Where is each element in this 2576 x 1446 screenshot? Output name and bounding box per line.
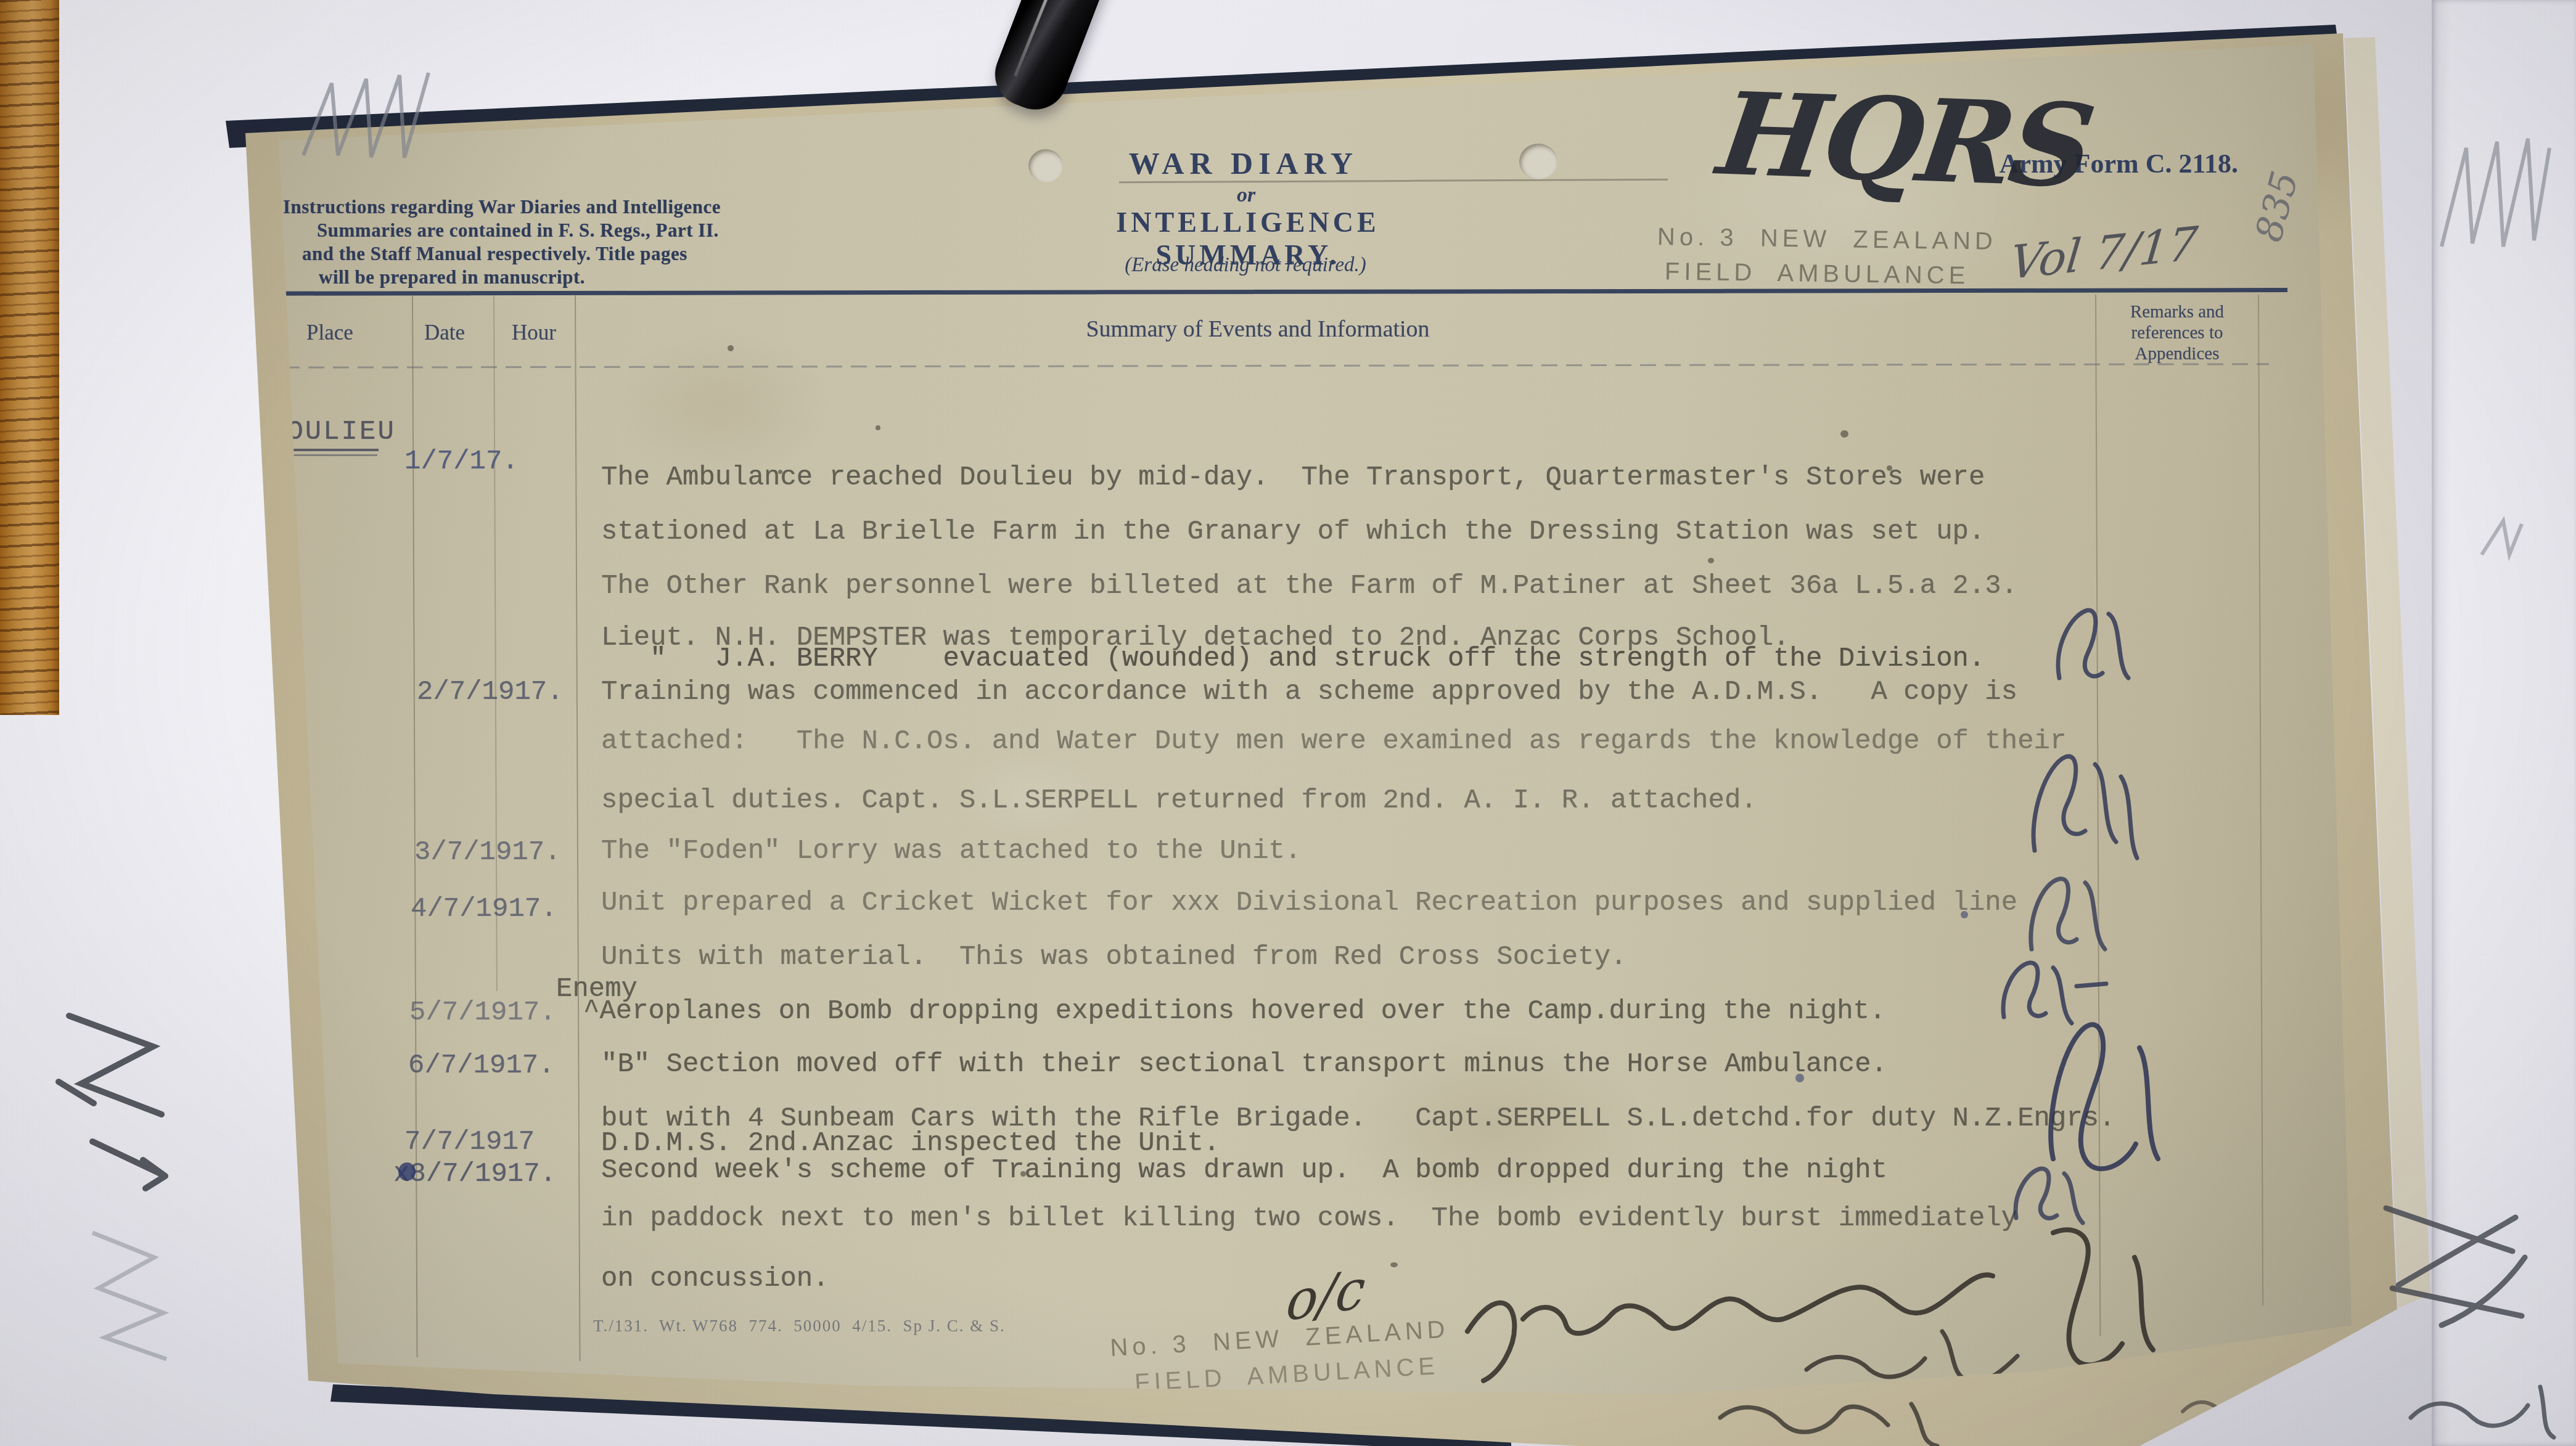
pen-glint [1014, 0, 1063, 77]
photograph-of-war-diary: Instructions regarding War Diaries and I… [0, 0, 2576, 1446]
pencil-scribbles [0, 0, 2576, 1446]
